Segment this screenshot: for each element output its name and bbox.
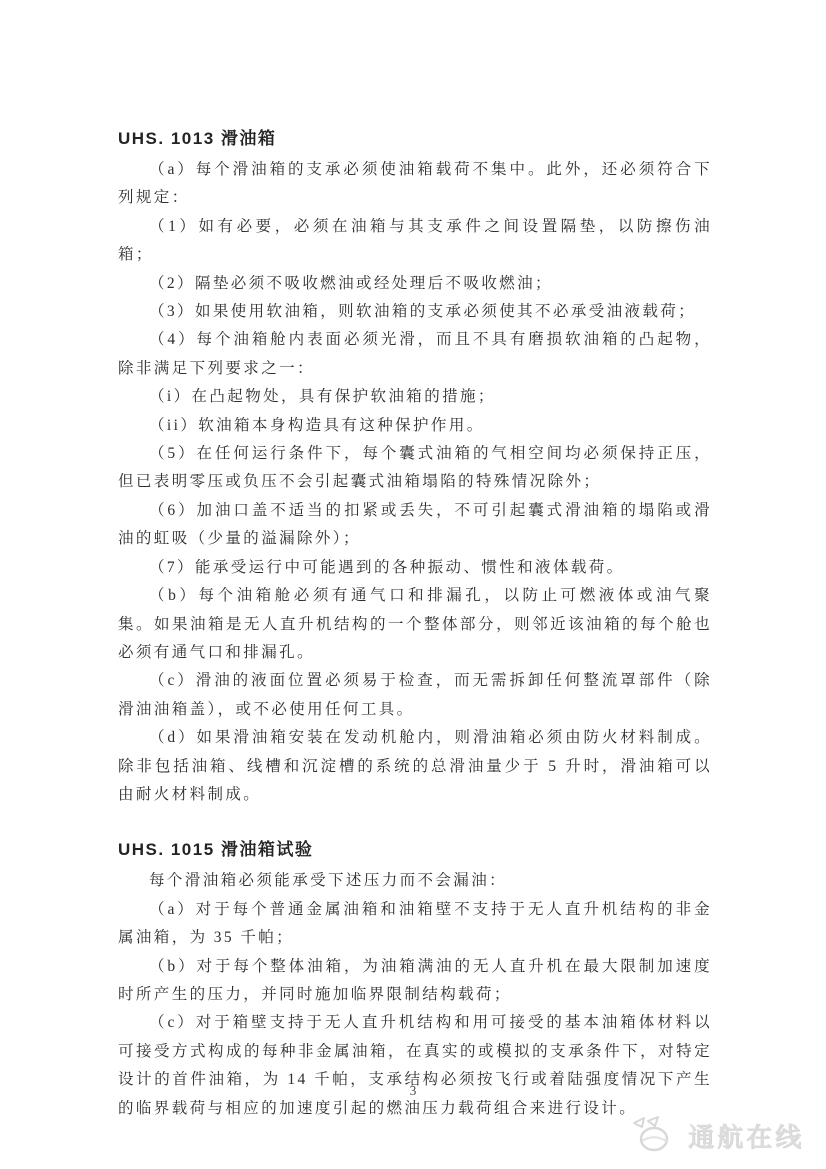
paragraph: （6）加油口盖不适当的扣紧或丢失，不可引起囊式滑油箱的塌陷或滑油的虹吸（少量的溢… — [118, 497, 712, 554]
paragraph: （c）滑油的液面位置必须易于检查，而无需拆卸任何整流罩部件（除滑油油箱盖），或不… — [118, 667, 712, 724]
paragraph: （b）对于每个整体油箱，为油箱满油的无人直升机在最大限制加速度时所产生的压力，并… — [118, 953, 712, 1010]
paragraph: （c）对于箱壁支持于无人直升机结构和用可接受的基本油箱体材料以可接受方式构成的每… — [118, 1009, 712, 1123]
paragraph: （2）隔垫必须不吸收燃油或经处理后不吸收燃油； — [118, 270, 712, 298]
tonghang-bird-logo-icon — [628, 1115, 680, 1155]
paragraph: （a）对于每个普通金属油箱和油箱壁不支持于无人直升机结构的非金属油箱，为 35 … — [118, 896, 712, 953]
watermark: 通航在线 — [628, 1115, 804, 1155]
paragraph: （7）能承受运行中可能遇到的各种振动、惯性和液体载荷。 — [118, 554, 712, 582]
paragraph: 每个滑油箱必须能承受下述压力而不会漏油： — [118, 867, 712, 895]
page-number: 3 — [0, 1083, 826, 1099]
paragraph: （d）如果滑油箱安装在发动机舱内，则滑油箱必须由防火材料制成。除非包括油箱、线槽… — [118, 724, 712, 809]
paragraph: （b）每个油箱舱必须有通气口和排漏孔，以防止可燃液体或油气聚集。如果油箱是无人直… — [118, 582, 712, 667]
watermark-text: 通航在线 — [688, 1117, 804, 1154]
paragraph: （1）如有必要，必须在油箱与其支承件之间设置隔垫，以防擦伤油箱； — [118, 213, 712, 270]
document-body: UHS. 1013 滑油箱 （a）每个滑油箱的支承必须使油箱载荷不集中。此外，还… — [118, 124, 712, 1123]
paragraph: （5）在任何运行条件下，每个囊式油箱的气相空间均必须保持正压，但已表明零压或负压… — [118, 440, 712, 497]
section-heading-uhs-1013: UHS. 1013 滑油箱 — [118, 124, 712, 154]
paragraph: （3）如果使用软油箱，则软油箱的支承必须使其不必承受油液载荷； — [118, 298, 712, 326]
paragraph: （4）每个油箱舱内表面必须光滑，而且不具有磨损软油箱的凸起物，除非满足下列要求之… — [118, 326, 712, 383]
paragraph: （a）每个滑油箱的支承必须使油箱载荷不集中。此外，还必须符合下列规定： — [118, 156, 712, 213]
paragraph: （i）在凸起物处，具有保护软油箱的措施； — [118, 383, 712, 411]
document-page: UHS. 1013 滑油箱 （a）每个滑油箱的支承必须使油箱载荷不集中。此外，还… — [0, 0, 826, 1169]
paragraph: （ii）软油箱本身构造具有这种保护作用。 — [118, 412, 712, 440]
section-heading-uhs-1015: UHS. 1015 滑油箱试验 — [118, 835, 712, 865]
